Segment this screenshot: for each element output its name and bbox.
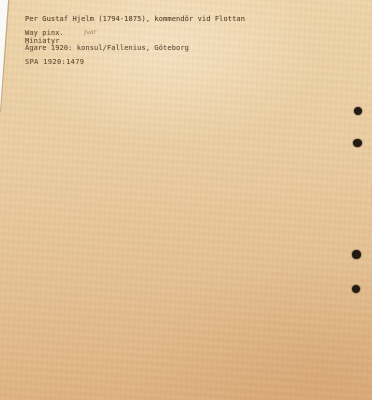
typed-text-block: Per Gustaf Hjelm (1794-1875), kommendör … [0, 0, 372, 400]
punch-dot-4 [352, 285, 360, 293]
archive-reference: SPA 1920:1479 [25, 58, 84, 66]
card-title-line: Per Gustaf Hjelm (1794-1875), kommendör … [25, 15, 245, 23]
punch-dot-1 [354, 107, 362, 115]
pencil-annotation: Ivar [84, 29, 97, 36]
punch-dot-2 [353, 139, 362, 147]
owner-line: Ägare 1920: konsul/Fallenius, Göteborg [25, 44, 189, 52]
scanned-index-card: Per Gustaf Hjelm (1794-1875), kommendör … [0, 0, 372, 400]
punch-dot-3 [352, 250, 361, 259]
